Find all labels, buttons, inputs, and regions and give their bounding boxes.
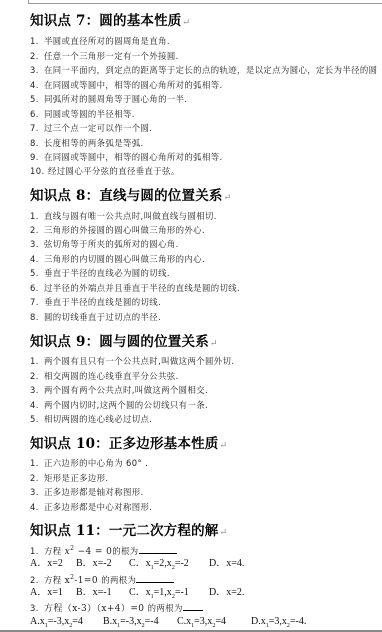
section-heading-9: 知识点 9：圆与圆的位置关系↵ — [30, 330, 218, 350]
list-item: 1.正六边形的中心角为 60° . — [30, 457, 148, 469]
page-corner-mark — [28, 0, 32, 3]
list-item: 6.过半径的外端点并且垂直于半径的直线是圆的切线. — [30, 282, 240, 294]
section-heading-10: 知识点 10：正多边形基本性质↵ — [30, 432, 227, 452]
list-item: 2.任意一个三角形一定有一个外接圆. — [30, 50, 179, 62]
question-3: 3.方程（x-3）（x+4）=0 的两根为 — [30, 601, 203, 615]
paragraph-mark-icon: ↵ — [210, 339, 218, 349]
paragraph-mark-icon: ↵ — [183, 18, 191, 28]
list-item: 3.正多边形都是轴对称图形. — [30, 486, 144, 498]
list-item: 3.弦切角等于所夹的弧所对的圆心角. — [30, 238, 179, 250]
paragraph-mark-icon: ↵ — [220, 441, 228, 451]
list-item: 7.垂直于半径的直线是圆的切线. — [30, 296, 161, 308]
answer-blank — [136, 573, 174, 583]
list-item: 2.相交两圆的连心线垂直平分公共弦. — [30, 370, 179, 382]
list-item: 1.直线与圆有唯一公共点时,叫做直线与圆相切. — [30, 210, 217, 222]
list-item: 5.同弧所对的圆周角等于圆心角的一半. — [30, 93, 187, 105]
list-item: 1.两个圆有且只有一个公共点时,叫做这两个圆外切. — [30, 355, 234, 367]
list-item: 3.在同一平面内，到定点的距离等于定长的点的轨迹，是以定点为圆心，定长为半径的圆 — [30, 64, 377, 76]
list-item: 2.矩形是正多边形. — [30, 472, 109, 484]
list-item: 9.在同圆或等圆中，相等的圆心角所对的弧相等. — [30, 151, 223, 163]
list-item: 4.正多边形都是中心对称图形. — [30, 501, 152, 513]
list-item: 5.相切两圆的连心线必过切点. — [30, 413, 152, 425]
section-heading-7: 知识点 7：圆的基本性质↵ — [30, 9, 190, 29]
question-1: 1.方程 x2 −4 = 0的根为 — [30, 543, 177, 558]
paragraph-mark-icon: ↵ — [220, 528, 228, 538]
list-item: 6.同圆或等圆的半径相等. — [30, 108, 135, 120]
list-item: 4.三角形的内切圆的圆心叫做三角形的内心. — [30, 253, 205, 265]
list-item: 1.半圆或直径所对的圆周角是直角. — [30, 35, 170, 47]
section-heading-11: 知识点 11：一元二次方程的解↵ — [30, 519, 227, 539]
list-item: 4.两个圆内切时,这两个圆的公切线只有一条. — [30, 399, 208, 411]
list-item: 7.过三个点一定可以作一个圆. — [30, 122, 152, 134]
list-item: 8.长度相等的两条弧是等弧. — [30, 137, 144, 149]
paragraph-mark-icon: ↵ — [224, 193, 232, 203]
answer-blank — [139, 544, 177, 554]
list-item: 5.垂直于半径的直线必为圆的切线. — [30, 267, 170, 279]
question-2: 2.方程 x2-1=0 的两根为 — [30, 572, 174, 587]
section-heading-8: 知识点 8：直线与圆的位置关系↵ — [30, 184, 231, 204]
list-item: 8.圆的切线垂直于过切点的半径. — [30, 311, 161, 323]
list-item: 10.经过圆心平分弦的直径垂直于弦。 — [30, 165, 180, 177]
list-item: 3.两个圆有两个公共点时,叫做这两个圆相交. — [30, 384, 208, 396]
list-item: 4.在同圆或等圆中，相等的圆心角所对的弧相等. — [30, 79, 223, 91]
answer-blank — [183, 601, 203, 611]
list-item: 2.三角形的外接圆的圆心叫做三角形的外心. — [30, 224, 205, 236]
page-top-border — [28, 3, 382, 4]
